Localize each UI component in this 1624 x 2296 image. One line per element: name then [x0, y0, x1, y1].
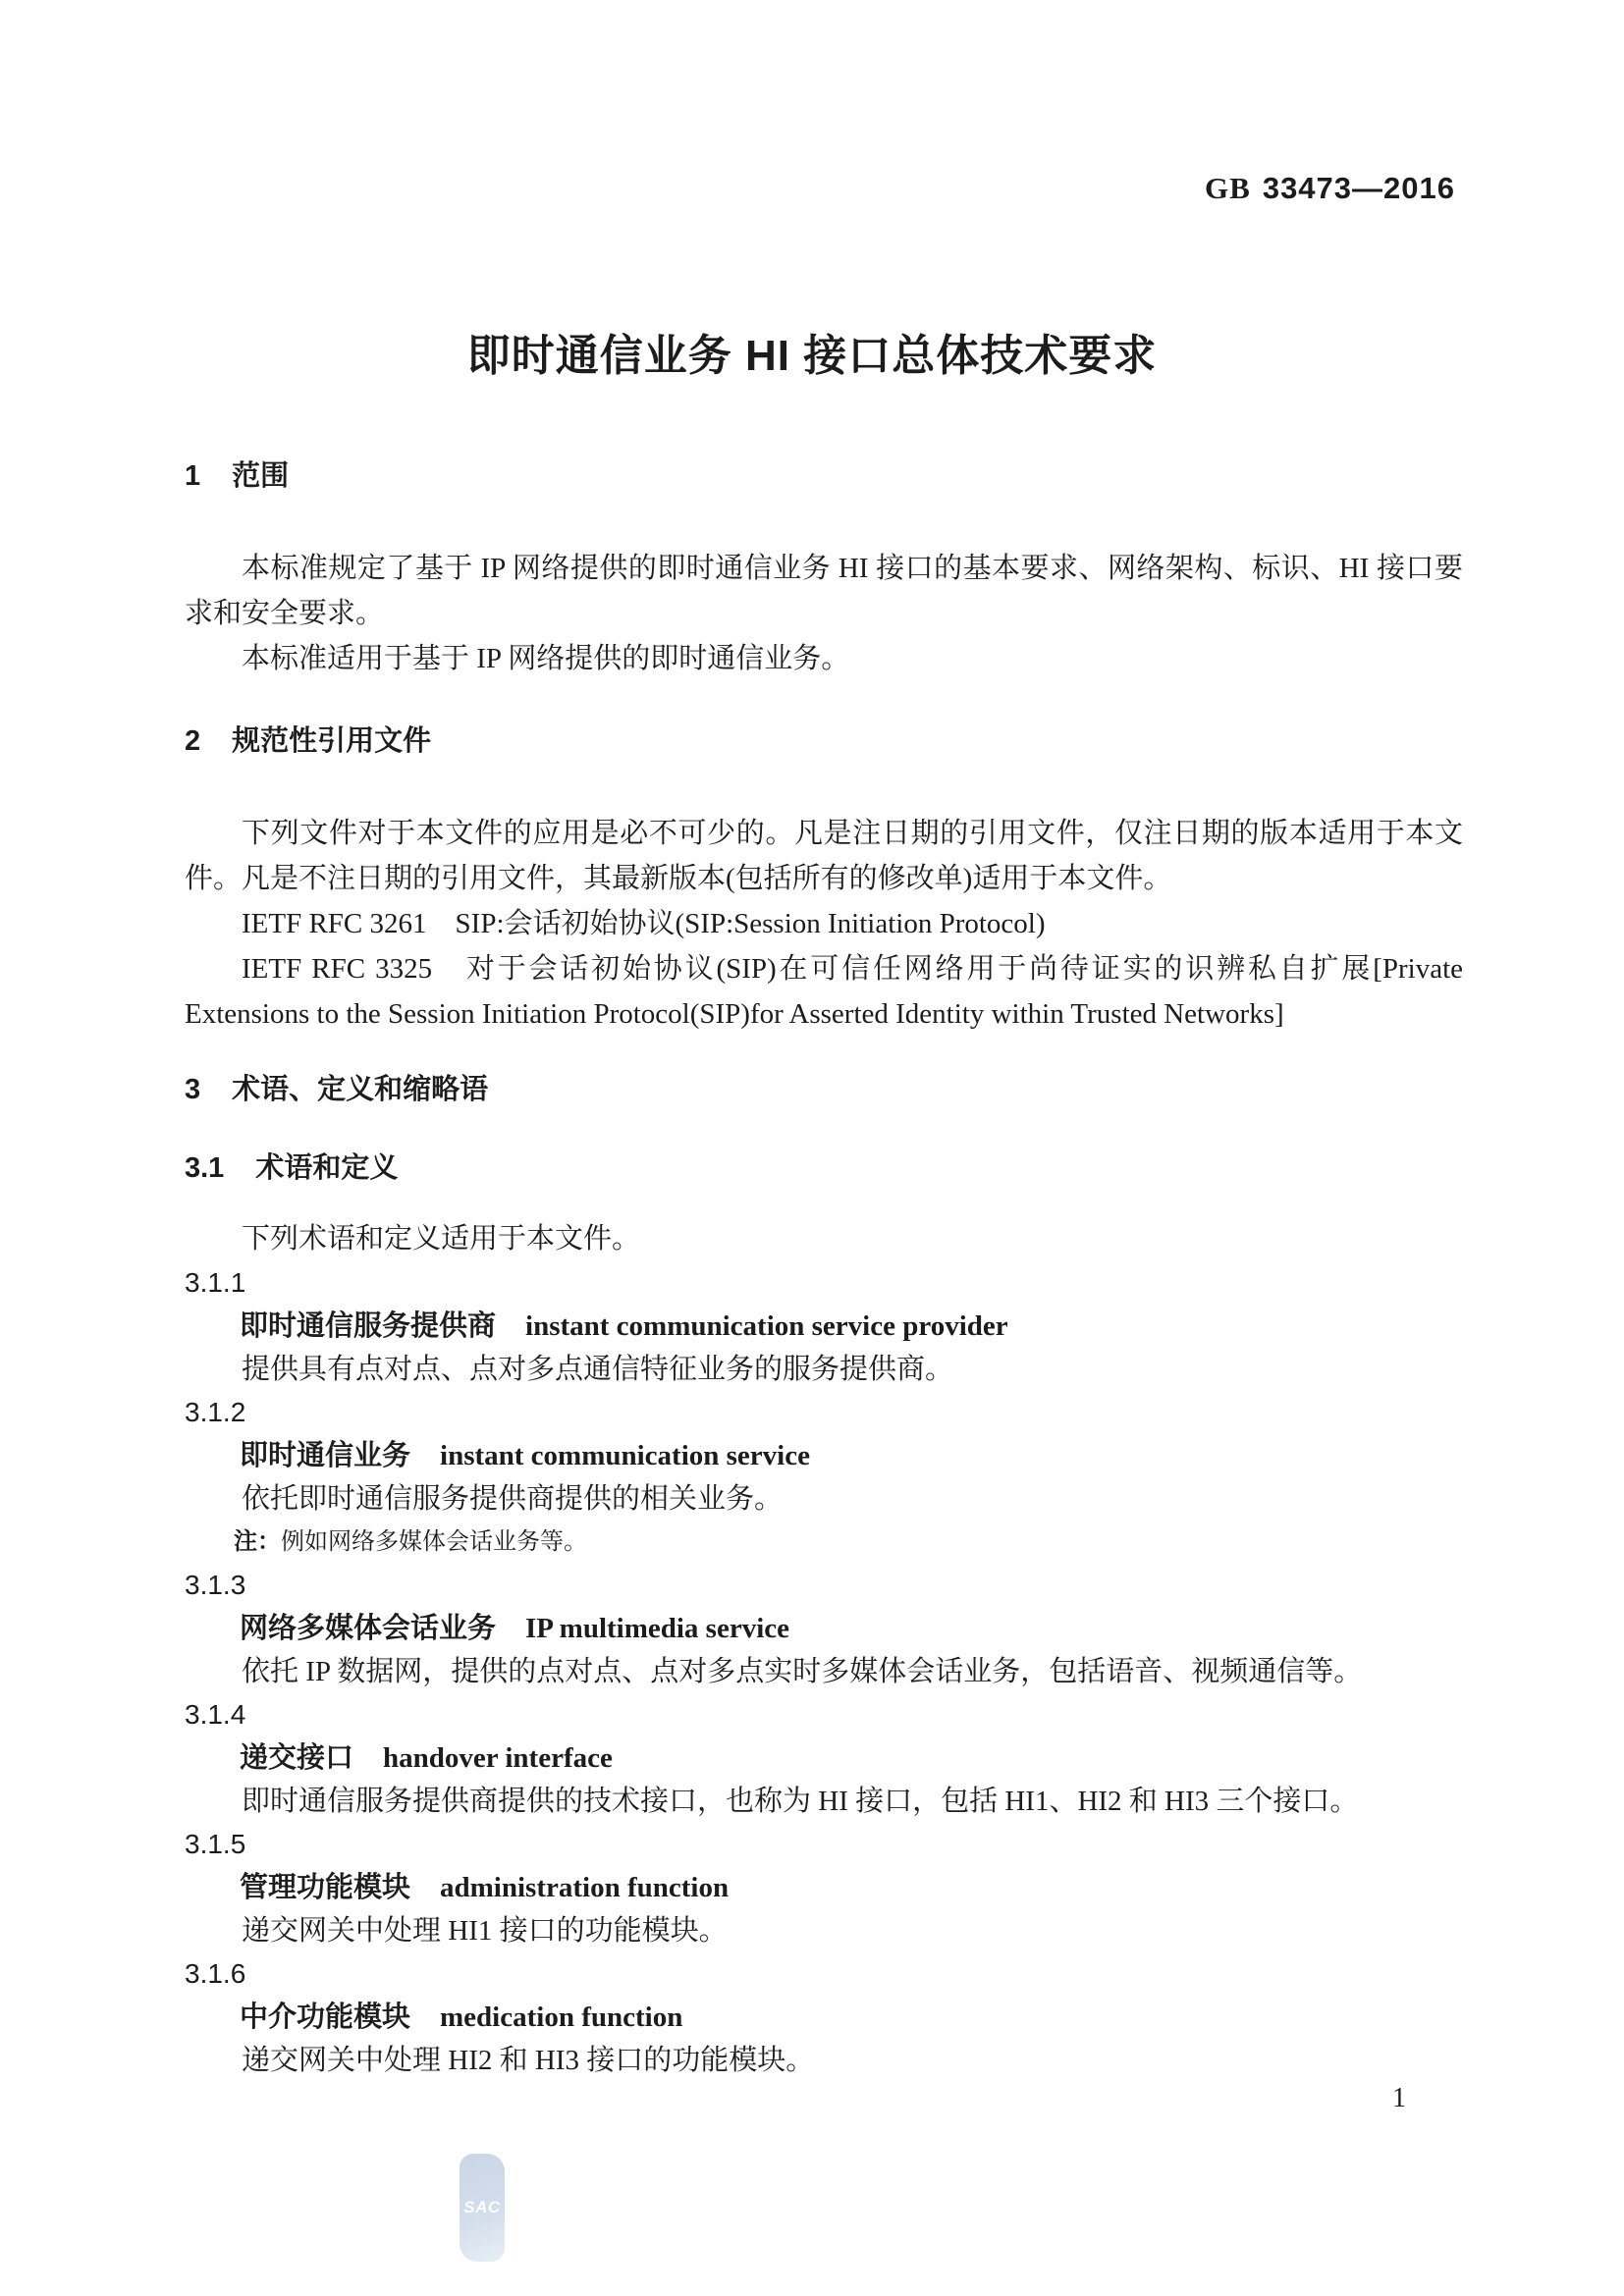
standard-number-code: 33473—2016: [1263, 171, 1455, 205]
scope-paragraph-1: 本标准规定了基于 IP 网络提供的即时通信业务 HI 接口的基本要求、网络架构、…: [185, 546, 1463, 636]
standard-number: GB33473—2016: [1205, 171, 1455, 206]
term-title-row: 网络多媒体会话业务IP multimedia service: [240, 1607, 1463, 1650]
sac-logo-text: SAC: [463, 2198, 500, 2217]
terms-list: 3.1.1 即时通信服务提供商instant communication ser…: [185, 1261, 1463, 2082]
term-title-row: 即时通信服务提供商instant communication service p…: [240, 1305, 1463, 1348]
document-title: 即时通信业务 HI 接口总体技术要求: [0, 320, 1624, 383]
term-name-en: instant communication service provider: [525, 1310, 1008, 1342]
section-references-title: 规范性引用文件: [232, 725, 431, 757]
section-scope-heading: 1范围: [185, 454, 1463, 499]
section-references-heading: 2规范性引用文件: [185, 719, 1463, 764]
references-intro: 下列文件对于本文件的应用是必不可少的。凡是注日期的引用文件，仅注日期的版本适用于…: [185, 811, 1463, 901]
term-name-en: IP multimedia service: [525, 1613, 789, 1644]
term-name-zh: 即时通信服务提供商: [240, 1310, 496, 1342]
reference-item-1: IETF RFC 3261 SIP:会话初始协议(SIP:Session Ini…: [185, 901, 1463, 946]
term-definition: 依托 IP 数据网，提供的点对点、点对多点实时多媒体会话业务，包括语音、视频通信…: [185, 1650, 1463, 1693]
term-note-label: 注：: [234, 1528, 281, 1555]
term-name-zh: 递交接口: [240, 1742, 353, 1774]
term-note-text: 例如网络多媒体会话业务等。: [281, 1529, 587, 1555]
term-name-zh: 中介功能模块: [240, 2002, 410, 2033]
term-name-en: instant communication service: [440, 1440, 810, 1471]
term-title-row: 即时通信业务instant communication service: [240, 1434, 1463, 1477]
section-terms-sub-title: 术语和定义: [255, 1152, 398, 1184]
term-number: 3.1.5: [185, 1823, 1463, 1866]
term-number: 3.1.3: [185, 1564, 1463, 1607]
term-title-row: 递交接口handover interface: [240, 1736, 1463, 1780]
term-name-zh: 管理功能模块: [240, 1872, 410, 1903]
section-terms-title: 术语、定义和缩略语: [232, 1074, 488, 1105]
term-name-en: handover interface: [383, 1742, 613, 1774]
term-definition: 依托即时通信服务提供商提供的相关业务。: [185, 1477, 1463, 1521]
term-definition: 递交网关中处理 HI1 接口的功能模块。: [185, 1909, 1463, 1952]
standard-number-prefix: GB: [1205, 171, 1251, 205]
section-terms-number: 3: [185, 1074, 200, 1105]
term-number: 3.1.1: [185, 1261, 1463, 1305]
document-body: 1范围 本标准规定了基于 IP 网络提供的即时通信业务 HI 接口的基本要求、网…: [185, 454, 1463, 2082]
term-title-row: 管理功能模块administration function: [240, 1866, 1463, 1909]
term-name-en: administration function: [440, 1872, 729, 1903]
term-definition: 提供具有点对点、点对多点通信特征业务的服务提供商。: [185, 1348, 1463, 1391]
reference-item-2: IETF RFC 3325 对于会话初始协议(SIP)在可信任网络用于尚待证实的…: [185, 946, 1463, 1037]
term-number: 3.1.2: [185, 1391, 1463, 1434]
terms-intro: 下列术语和定义适用于本文件。: [185, 1216, 1463, 1261]
term-note: 注：例如网络多媒体会话业务等。: [234, 1521, 1463, 1564]
term-title-row: 中介功能模块medication function: [240, 1996, 1463, 2039]
term-definition: 递交网关中处理 HI2 和 HI3 接口的功能模块。: [185, 2039, 1463, 2082]
section-scope-title: 范围: [232, 460, 289, 492]
term-number: 3.1.4: [185, 1693, 1463, 1736]
document-page: GB33473—2016 即时通信业务 HI 接口总体技术要求 1范围 本标准规…: [0, 0, 1624, 2296]
section-terms-sub-number: 3.1: [185, 1152, 224, 1184]
section-terms-sub-heading: 3.1术语和定义: [185, 1146, 1463, 1191]
term-definition: 即时通信服务提供商提供的技术接口，也称为 HI 接口，包括 HI1、HI2 和 …: [185, 1780, 1463, 1823]
section-scope-number: 1: [185, 460, 200, 492]
section-terms-heading: 3术语、定义和缩略语: [185, 1067, 1463, 1112]
term-name-zh: 即时通信业务: [240, 1440, 410, 1471]
sac-watermark-logo: SAC: [460, 2154, 505, 2262]
page-number: 1: [1392, 2083, 1406, 2114]
term-name-zh: 网络多媒体会话业务: [240, 1613, 496, 1644]
section-references-number: 2: [185, 725, 200, 757]
term-number: 3.1.6: [185, 1952, 1463, 1996]
scope-paragraph-2: 本标准适用于基于 IP 网络提供的即时通信业务。: [185, 636, 1463, 681]
term-name-en: medication function: [440, 2002, 682, 2033]
